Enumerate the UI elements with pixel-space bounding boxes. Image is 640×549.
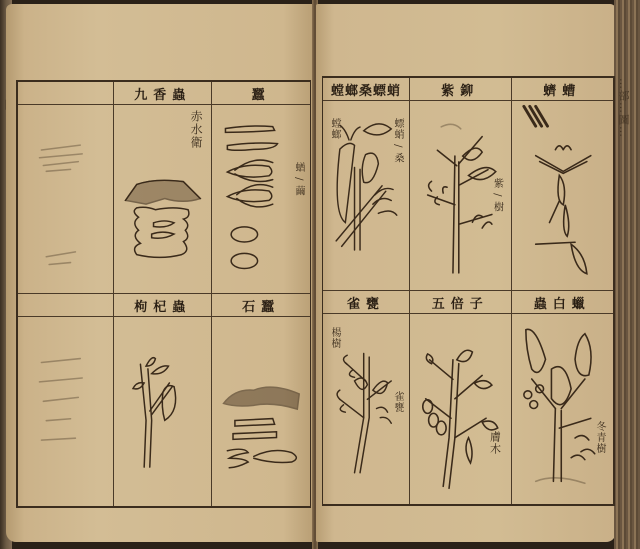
- panel-label: 蠶: [212, 82, 310, 105]
- right-margin-text: …部…圖…: [615, 78, 631, 138]
- grub-illustration: [516, 104, 610, 286]
- panel-label: 九香蟲: [114, 82, 211, 105]
- right-page-edge: …部…圖…: [614, 0, 640, 549]
- panel-label: 螳螂桑螵蛸: [323, 78, 409, 101]
- panel-right-1: 螳螂桑螵蛸 螳螂 螵蛸 / 桑: [323, 78, 410, 291]
- right-page-frame: 螳螂桑螵蛸 螳螂 螵蛸 / 桑: [322, 76, 615, 506]
- bleed-through-illustration: [22, 320, 109, 502]
- panel-label: [18, 294, 113, 317]
- panel-left-6: 石蠶: [212, 294, 310, 506]
- silkworm-illustration: [216, 108, 306, 289]
- open-book: …圖… …部…圖… 九香蟲 赤水衛: [0, 0, 640, 549]
- panel-label: 蟲白蠟: [512, 291, 614, 314]
- panel-label: 紫鉚: [410, 78, 511, 101]
- white-wax-insect-tree-illustration: [516, 317, 610, 500]
- panel-right-5: 五倍子 膚木: [410, 291, 512, 504]
- panel-left-4: [18, 294, 114, 506]
- panel-label: 枸杞蟲: [114, 294, 211, 317]
- panel-left-1: [18, 82, 114, 294]
- panel-label: 五倍子: [410, 291, 511, 314]
- lac-tree-illustration: [414, 104, 507, 286]
- goji-branch-illustration: [118, 320, 207, 502]
- panel-right-3: 蠐螬: [512, 78, 614, 291]
- rock-larvae-illustration: [118, 108, 207, 289]
- panel-left-3: 蠶 蝤 / 繭: [212, 82, 310, 294]
- panel-left-5: 枸杞蟲: [114, 294, 212, 506]
- bleed-through-illustration: [22, 108, 109, 289]
- mantis-illustration: [327, 104, 405, 286]
- panel-left-2: 九香蟲 赤水衛: [114, 82, 212, 294]
- panel-label: 雀甕: [323, 291, 409, 314]
- panel-right-4: 雀甕 楊樹 雀甕: [323, 291, 410, 504]
- sparrow-jar-cocoon-illustration: [327, 317, 405, 500]
- panel-right-6: 蟲白蠟 冬青樹: [512, 291, 614, 504]
- panel-label: 蠐螬: [512, 78, 614, 101]
- panel-label: [18, 82, 113, 105]
- left-page-frame: 九香蟲 赤水衛 蠶 蝤 /: [16, 80, 311, 508]
- gallnut-branch-illustration: [414, 317, 507, 500]
- panel-label: 石蠶: [212, 294, 310, 317]
- stone-silkworm-illustration: [216, 320, 306, 502]
- panel-right-2: 紫鉚 紫 / 樹: [410, 78, 512, 291]
